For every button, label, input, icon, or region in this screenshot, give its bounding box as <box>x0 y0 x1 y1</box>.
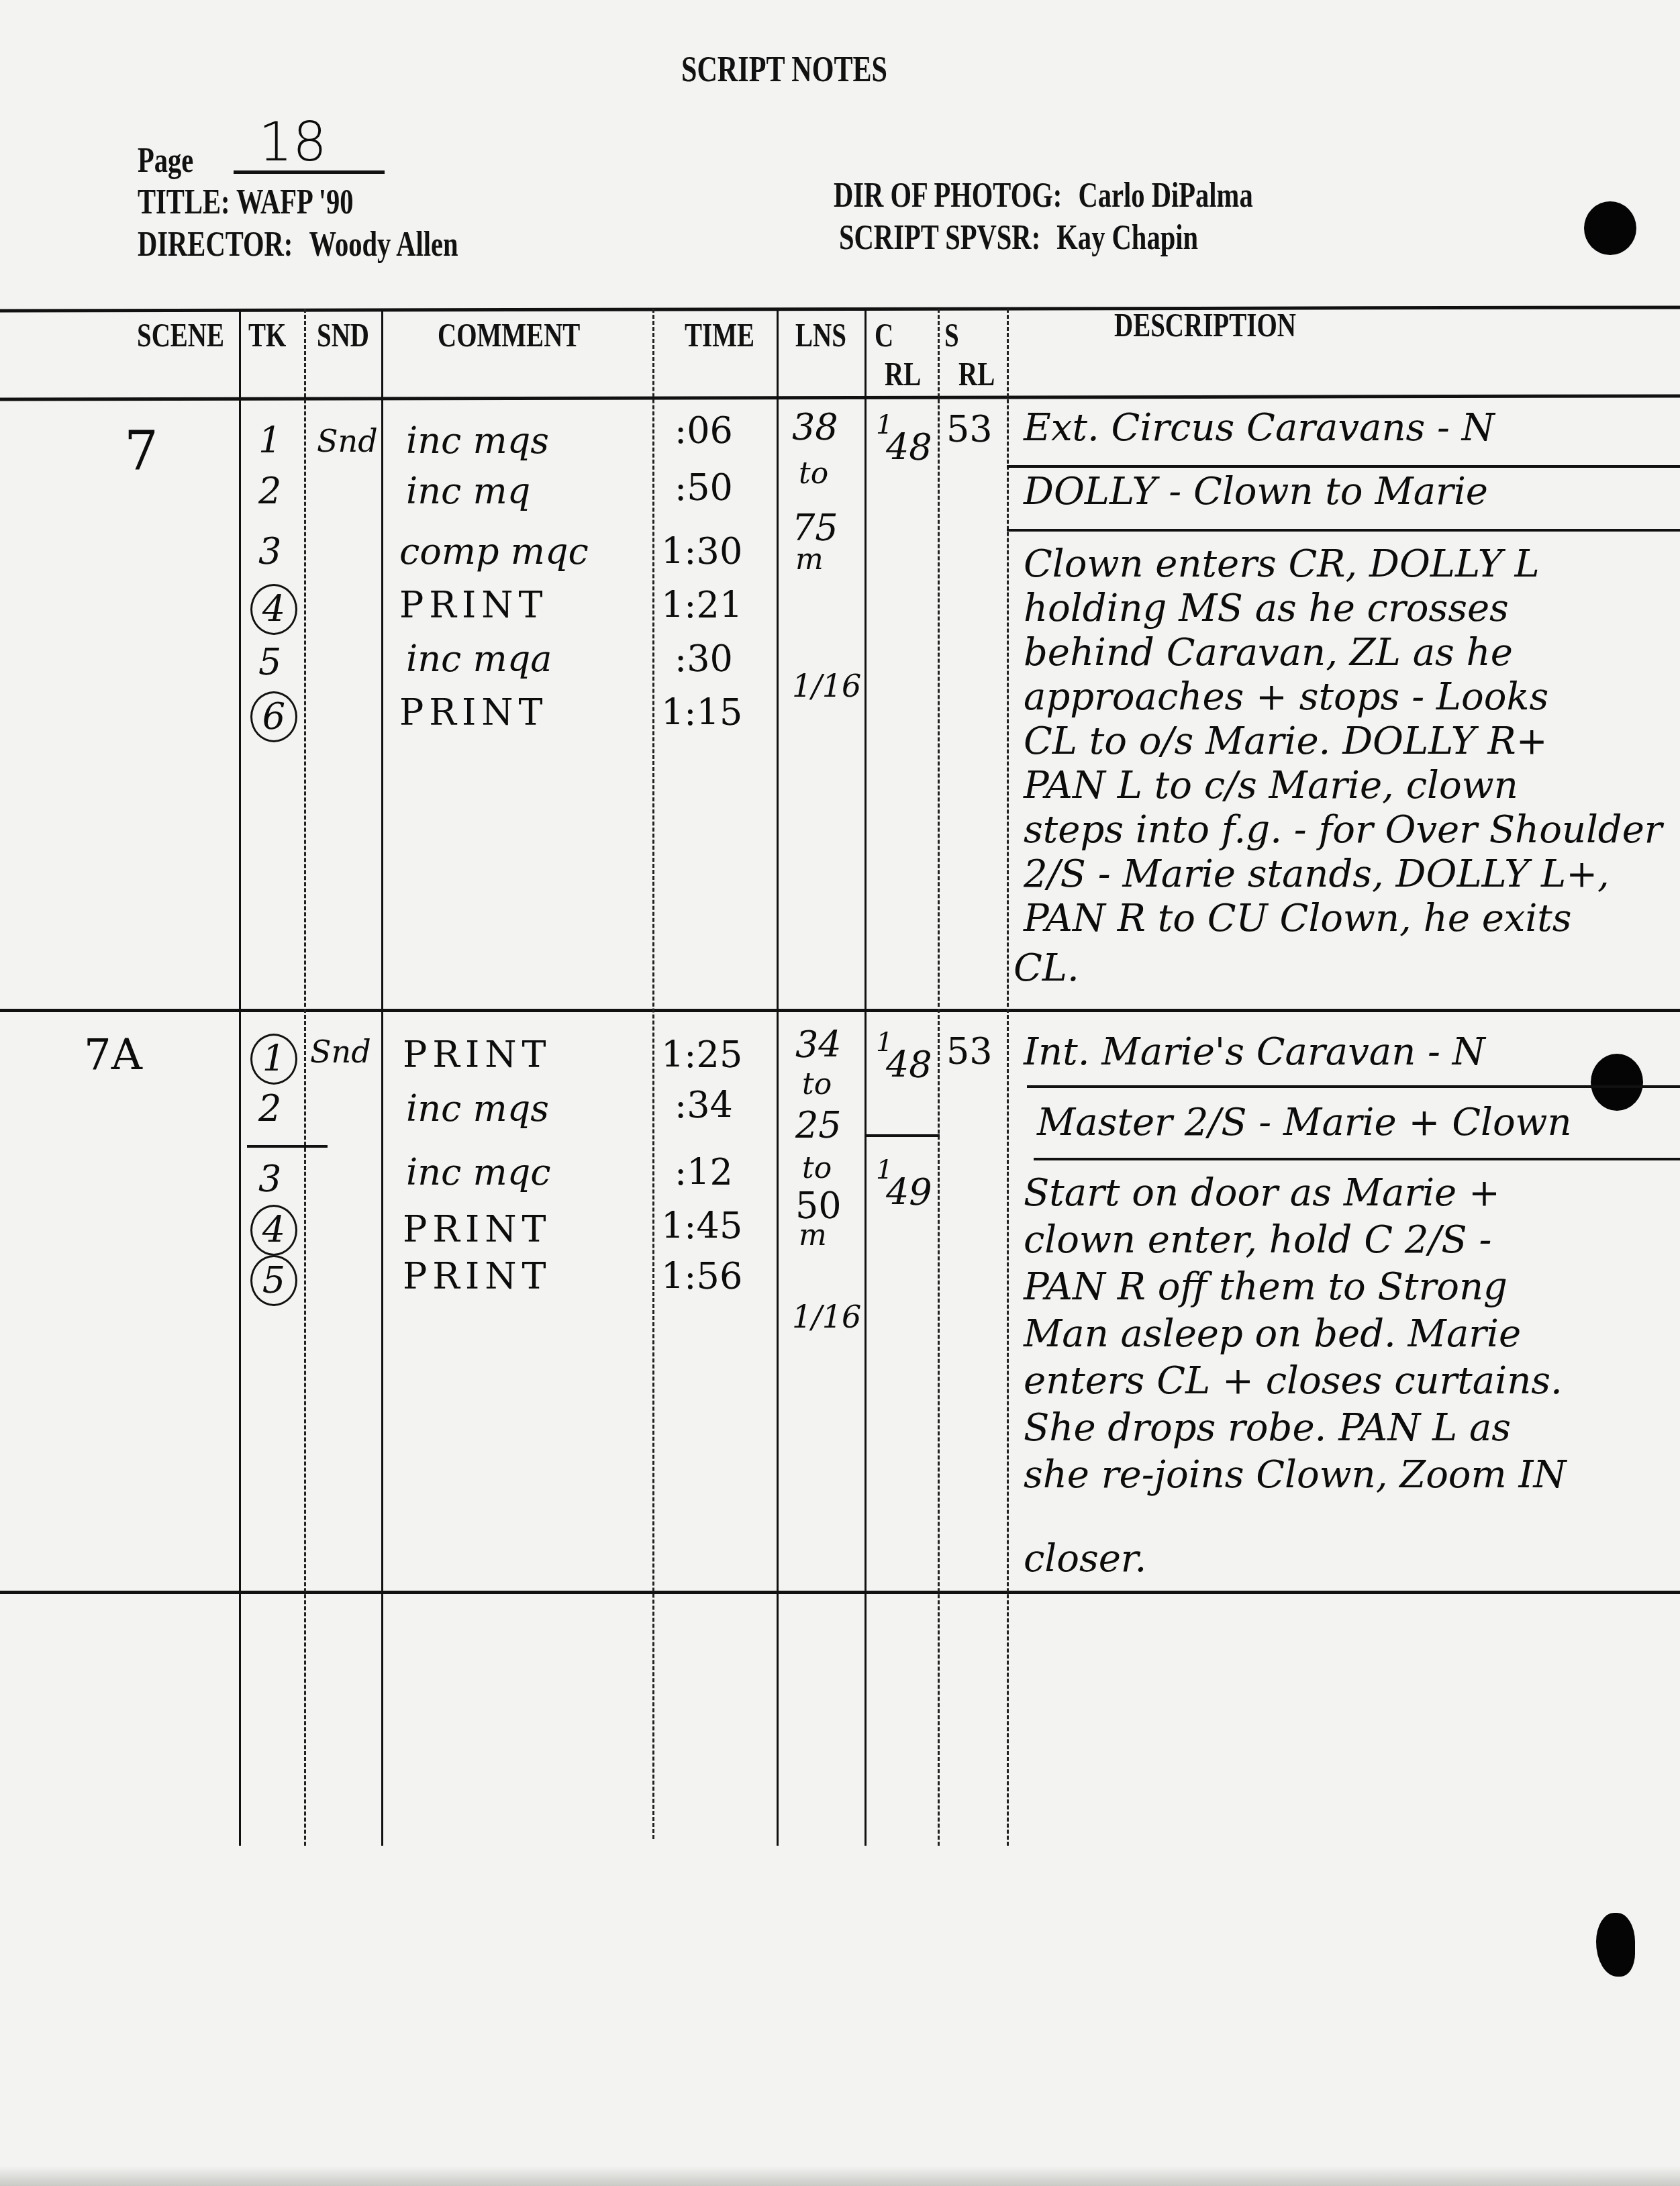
take-time: 1:15 <box>661 691 742 734</box>
table-top-rule <box>0 305 1680 312</box>
description-shot: Master 2/S - Marie + Clown <box>1037 1101 1572 1144</box>
column-rule <box>938 309 940 1846</box>
take-time: 1:56 <box>661 1255 742 1297</box>
description-line: approaches + stops - Looks <box>1024 675 1548 719</box>
column-header-snd: SND <box>317 315 369 354</box>
column-header-time: TIME <box>685 315 754 354</box>
description-heading: Ext. Circus Caravans - N <box>1024 406 1495 450</box>
director-value: Woody Allen <box>309 226 458 264</box>
title-label: TITLE: <box>138 183 230 221</box>
lines-suffix: m <box>799 1218 827 1252</box>
take-time: 1:45 <box>661 1205 742 1247</box>
description-heading: Int. Marie's Caravan - N <box>1024 1030 1485 1074</box>
lines-start: 34 <box>795 1024 842 1066</box>
description-line: enters CL + closes curtains. <box>1024 1359 1563 1403</box>
lines-to: to <box>802 1067 832 1101</box>
camera-roll: 48 <box>886 426 932 468</box>
take-number: 2 <box>258 1087 281 1130</box>
sound-roll: 53 <box>946 1030 993 1073</box>
scene-end-rule <box>0 1591 1680 1594</box>
take-comment: inc mq <box>406 470 530 512</box>
heading-underline <box>1007 465 1680 468</box>
camera-roll: 48 <box>886 1044 932 1086</box>
take-comment: inc mqc <box>406 1151 550 1193</box>
description-line: 2/S - Marie stands, DOLLY L+, <box>1024 852 1610 896</box>
page-number: 18 <box>258 111 327 173</box>
dop-field: DIR OF PHOTOG: Carlo DiPalma <box>834 176 1253 215</box>
take-number-circled: 6 <box>258 691 297 742</box>
supervisor-field: SCRIPT SPVSR: Kay Chapin <box>839 218 1198 258</box>
lines-mid: 25 <box>795 1104 842 1146</box>
take-time: 1:25 <box>661 1034 742 1076</box>
description-line: CL. <box>1014 946 1079 990</box>
binder-hole-bottom <box>1596 1913 1635 1977</box>
column-header-c: C <box>875 315 893 354</box>
column-header-c-rl: RL <box>885 354 921 393</box>
description-line: She drops robe. PAN L as <box>1024 1406 1511 1450</box>
sound-indicator: Snd <box>310 1034 371 1070</box>
take-number: 3 <box>258 1158 281 1200</box>
take-time: 1:30 <box>661 530 742 573</box>
director-label: DIRECTOR: <box>138 226 293 264</box>
take-time: :12 <box>675 1151 733 1193</box>
take-comment: inc mqs <box>406 419 549 462</box>
column-header-s: S <box>944 315 959 354</box>
column-header-comment: COMMENT <box>438 315 580 354</box>
column-rule <box>652 309 654 1839</box>
lines-to: to <box>799 456 828 491</box>
take-divider <box>247 1145 328 1148</box>
take-number-circled: 5 <box>258 1255 297 1306</box>
description-line: behind Caravan, ZL as he <box>1024 631 1513 675</box>
column-rule <box>239 309 241 1846</box>
scene-divider-rule <box>0 1009 1680 1012</box>
take-comment: PRINT <box>403 1208 552 1250</box>
take-number: 5 <box>258 641 281 683</box>
column-header-description: DESCRIPTION <box>1114 305 1296 344</box>
binder-hole-top <box>1584 201 1636 255</box>
description-shot: DOLLY - Clown to Marie <box>1024 470 1488 513</box>
scene-number: 7 <box>124 419 158 482</box>
description-line: Clown enters CR, DOLLY L <box>1024 542 1540 586</box>
take-comment: PRINT <box>403 1034 552 1076</box>
director-field: DIRECTOR: Woody Allen <box>138 225 458 264</box>
document-heading: SCRIPT NOTES <box>681 48 887 90</box>
take-number-circled: 4 <box>258 1205 297 1256</box>
camera-roll-divider <box>866 1134 940 1137</box>
shot-underline <box>1034 1158 1680 1160</box>
take-number-circled: 4 <box>258 584 297 635</box>
take-number: 1 <box>258 419 281 462</box>
scene-number: 7A <box>84 1030 142 1080</box>
column-rule <box>304 309 306 1846</box>
title-field: TITLE: WAFP '90 <box>138 183 354 222</box>
lines-start: 38 <box>792 406 838 448</box>
take-comment: PRINT <box>399 691 548 734</box>
take-time: 1:21 <box>661 584 742 626</box>
take-comment: inc mqa <box>406 638 552 680</box>
description-line: Start on door as Marie + <box>1024 1171 1500 1215</box>
take-comment: PRINT <box>403 1255 552 1297</box>
take-time: :50 <box>675 466 733 509</box>
description-line: CL to o/s Marie. DOLLY R+ <box>1024 719 1548 763</box>
description-line: holding MS as he crosses <box>1024 587 1509 630</box>
column-rule <box>1007 309 1009 1846</box>
lines-suffix: m <box>795 542 824 577</box>
description-line: PAN R to CU Clown, he exits <box>1024 897 1572 940</box>
column-header-scene: SCENE <box>137 315 224 354</box>
column-header-lns: LNS <box>795 315 846 354</box>
take-time: :30 <box>675 638 733 680</box>
column-rule <box>864 309 867 1846</box>
dop-value: Carlo DiPalma <box>1078 177 1252 215</box>
description-line: she re-joins Clown, Zoom IN <box>1024 1453 1567 1497</box>
lines-page-fraction: 1/16 <box>792 1299 861 1335</box>
take-number: 3 <box>258 530 281 573</box>
table-header-rule <box>0 394 1680 401</box>
page-label: Page <box>138 141 193 181</box>
binder-hole-middle <box>1591 1054 1643 1111</box>
take-number: 2 <box>258 470 281 512</box>
description-line: clown enter, hold C 2/S - <box>1024 1218 1491 1262</box>
description-line: PAN L to c/s Marie, clown <box>1024 764 1518 807</box>
take-comment: comp mqc <box>399 530 589 573</box>
take-time: :34 <box>675 1084 733 1126</box>
heading-underline <box>1027 1085 1680 1088</box>
description-line: steps into f.g. - for Over Shoulder <box>1024 808 1663 852</box>
supervisor-value: Kay Chapin <box>1056 219 1198 257</box>
take-comment: PRINT <box>399 584 548 626</box>
take-comment: inc mqs <box>406 1087 549 1130</box>
column-rule <box>381 309 383 1846</box>
description-line: PAN R off them to Strong <box>1024 1265 1508 1309</box>
dop-label: DIR OF PHOTOG: <box>834 177 1062 215</box>
take-number-circled: 1 <box>258 1034 297 1085</box>
lines-to: to <box>802 1151 832 1185</box>
page-number-underline <box>234 170 385 174</box>
shot-underline <box>1007 529 1680 532</box>
scan-edge <box>0 2166 1680 2186</box>
lines-page-fraction: 1/16 <box>792 668 861 704</box>
column-header-tk: TK <box>248 315 286 354</box>
column-header-s-rl: RL <box>958 354 995 393</box>
description-line: closer. <box>1024 1537 1146 1581</box>
take-time: :06 <box>675 409 733 452</box>
sound-roll: 53 <box>946 408 993 450</box>
sound-indicator: Snd <box>317 423 378 459</box>
camera-roll: 49 <box>886 1171 932 1213</box>
description-line: Man asleep on bed. Marie <box>1024 1312 1521 1356</box>
supervisor-label: SCRIPT SPVSR: <box>839 219 1040 257</box>
title-value: WAFP '90 <box>236 183 354 221</box>
column-rule <box>777 309 779 1846</box>
